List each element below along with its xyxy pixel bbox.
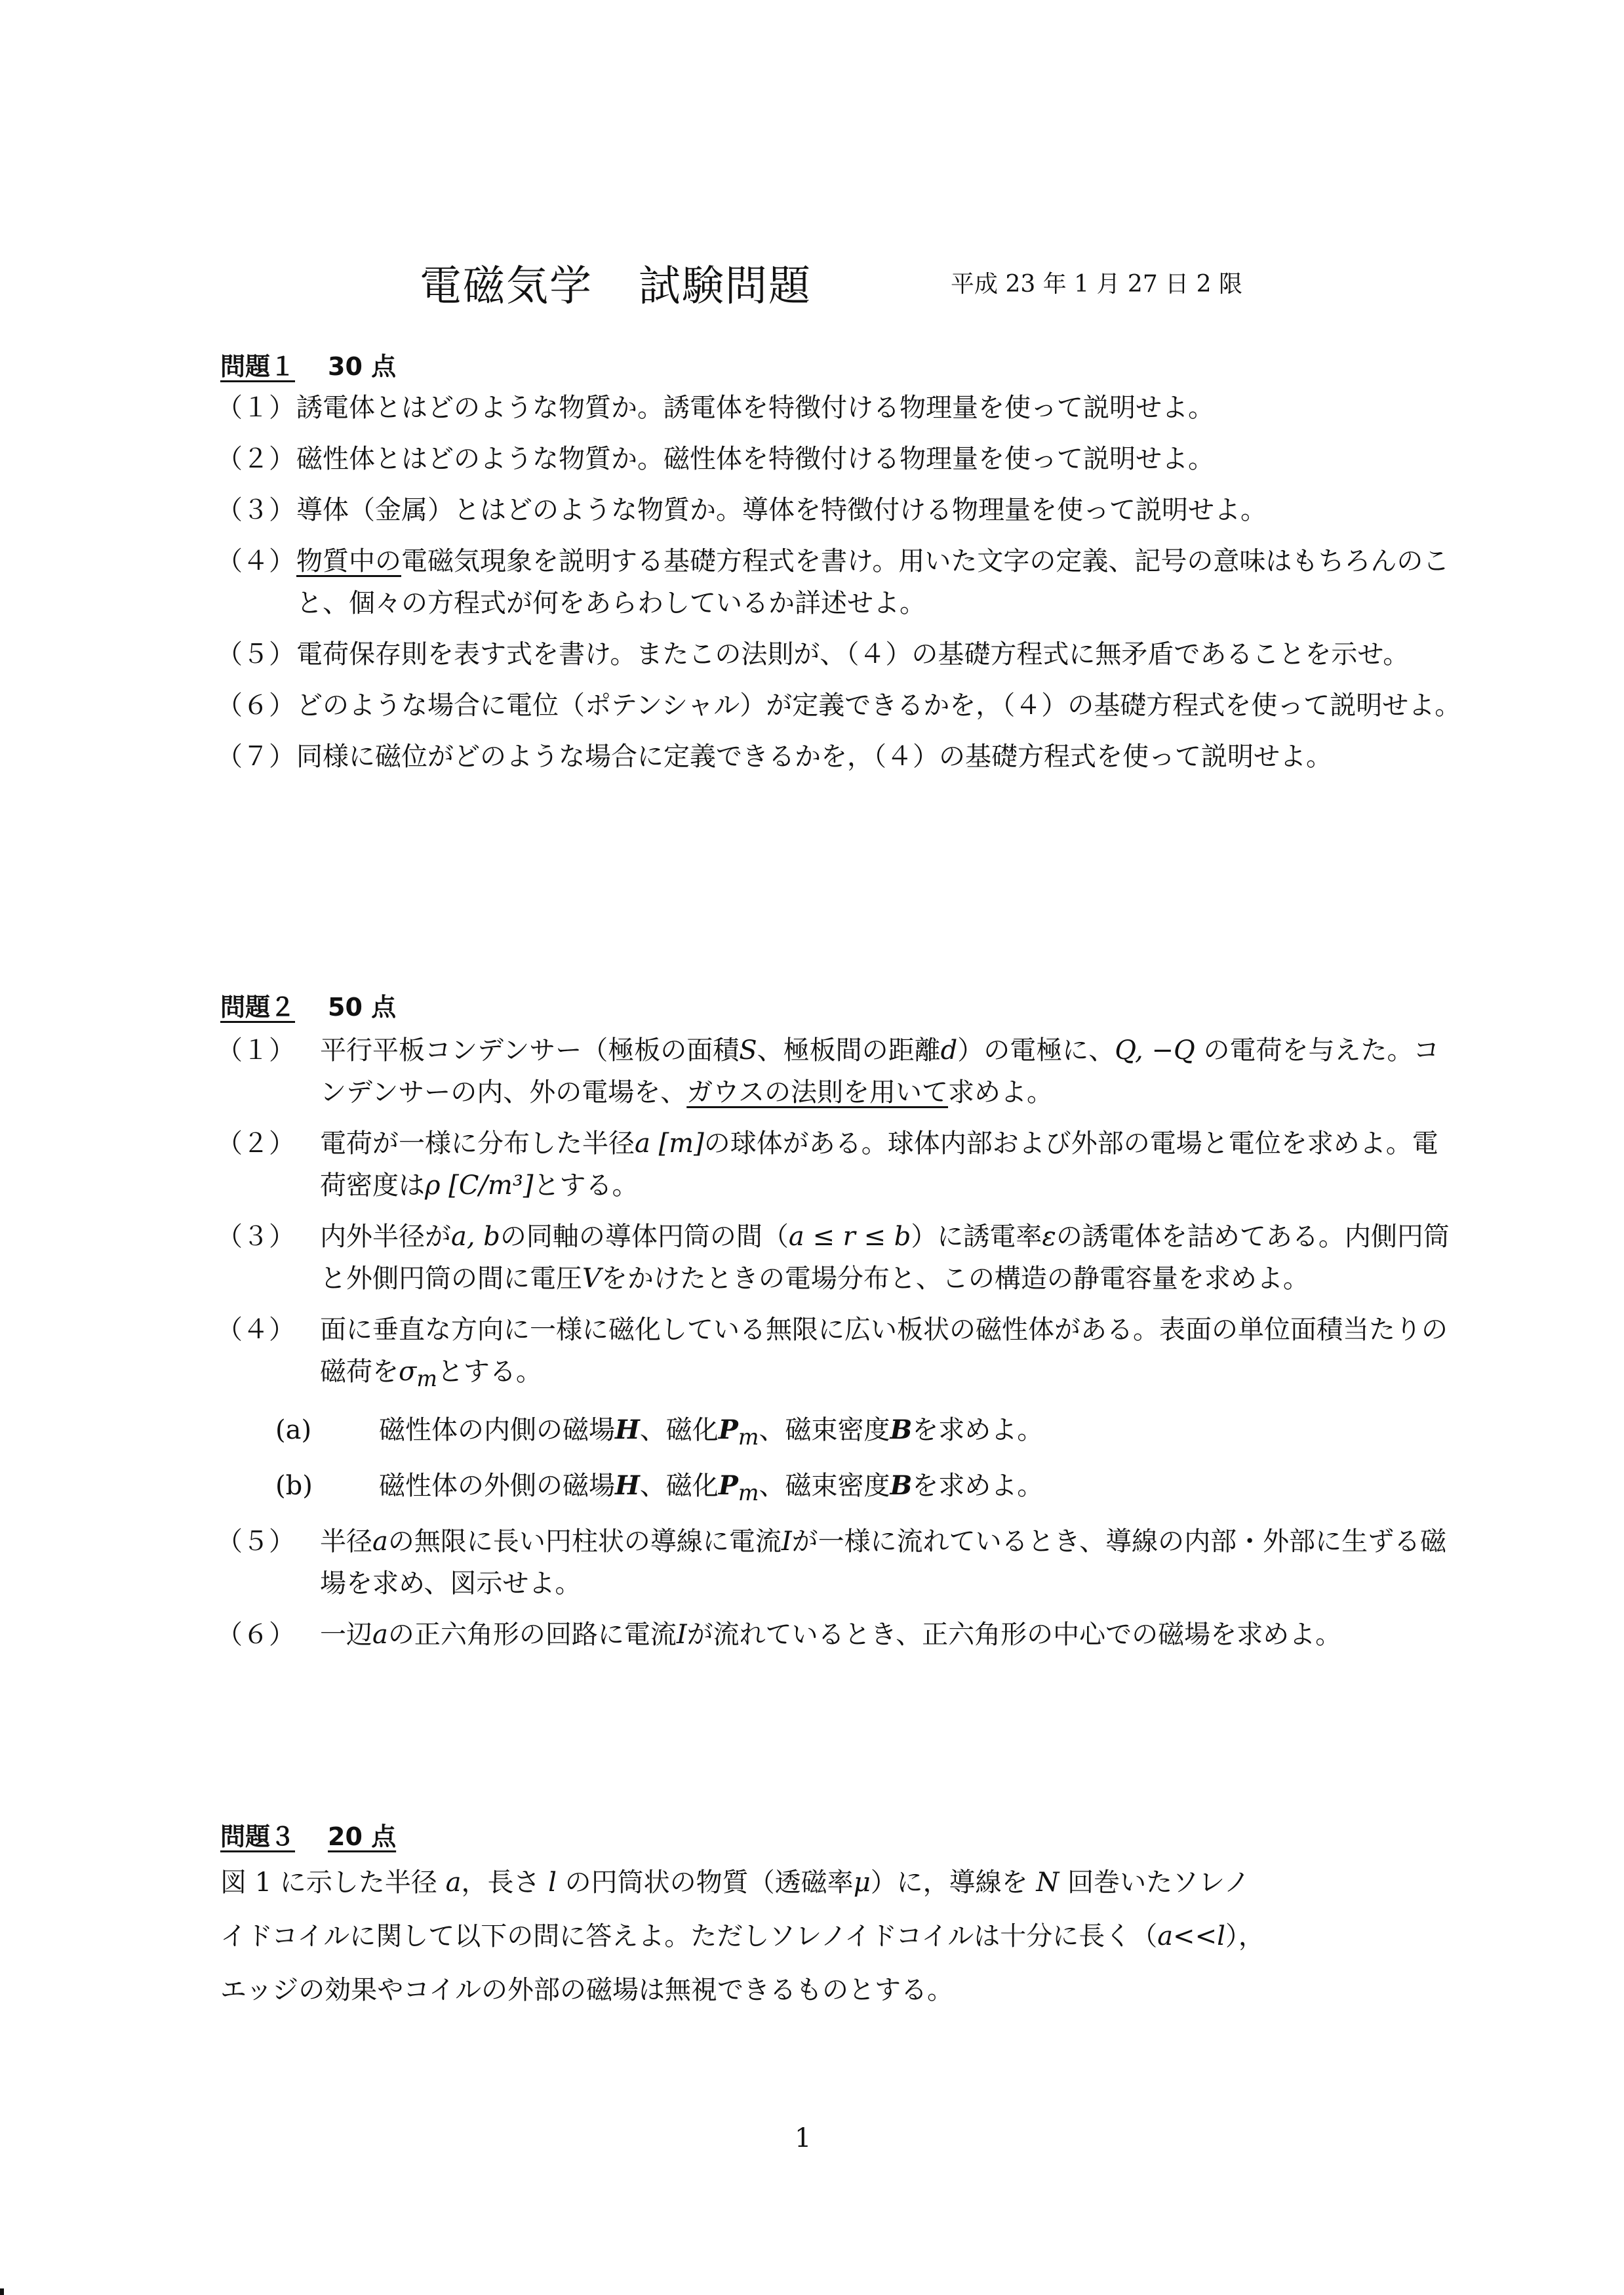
text-part: 、磁束密度 <box>759 1415 890 1445</box>
problem3-line-1: 図 1 に示した半径 a，長さ l の円筒状の物質（透磁率μ）に，導線を N 回… <box>220 1856 1466 1909</box>
problem2-number: 問題２ <box>220 993 295 1022</box>
item-text: 電荷が一様に分布した半径a [m]の球体がある。球体内部および外部の電場と電位を… <box>320 1123 1462 1207</box>
item-label: （６） <box>216 1614 320 1656</box>
problem1-item-7: （７） 同様に磁位がどのような場合に定義できるかを，（４）の基礎方程式を使って説… <box>216 736 1462 778</box>
problem1-item-1: （１） 誘電体とはどのような物質か。誘電体を特徴付ける物理量を使って説明せよ。 <box>216 387 1462 429</box>
exam-date: 平成 23 年 1 月 27 日 2 限 <box>951 266 1242 299</box>
text-part: ，長さ <box>461 1867 548 1898</box>
vector-P: P <box>719 1470 738 1501</box>
item-label: （５） <box>216 633 296 675</box>
text-part: とする。 <box>534 1170 639 1201</box>
item-text-rest: 電磁気現象を説明する基礎方程式を書け。用いた文字の定義、記号の意味はもちろんのこ… <box>296 546 1449 618</box>
item-label: （６） <box>216 685 296 727</box>
text-part: 半径 <box>320 1527 372 1557</box>
text-part: とする。 <box>437 1357 542 1387</box>
text-part: 電荷が一様に分布した半径 <box>320 1128 635 1159</box>
problem2-item-3: （３） 内外半径がa, bの同軸の導体円筒の間（a ≤ r ≤ b）に誘電率εの… <box>216 1216 1462 1300</box>
problem3-body: 図 1 に示した半径 a，長さ l の円筒状の物質（透磁率μ）に，導線を N 回… <box>220 1856 1466 2017</box>
problem1-item-2: （２） 磁性体とはどのような物質か。磁性体を特徴付ける物理量を使って説明せよ。 <box>216 438 1462 480</box>
text-part: の無限に長い円柱状の導線に電流 <box>388 1527 782 1557</box>
vector-P: P <box>719 1414 738 1445</box>
problem1-item-3: （３） 導体（金属）とはどのような物質か。導体を特徴付ける物理量を使って説明せよ… <box>216 489 1462 531</box>
exam-title: 試験問題 <box>639 262 812 311</box>
math-rho: ρ [C/m³] <box>425 1170 534 1201</box>
item-label: （２） <box>216 438 296 480</box>
item-text: 内外半径がa, bの同軸の導体円筒の間（a ≤ r ≤ b）に誘電率εの誘電体を… <box>320 1216 1462 1300</box>
math-sigma: σ <box>399 1357 416 1387</box>
math-subscript-m: m <box>738 1480 759 1506</box>
item-text: 半径aの無限に長い円柱状の導線に電流Iが一様に流れているとき、導線の内部・外部に… <box>320 1521 1462 1605</box>
problem1-item-6: （６） どのような場合に電位（ポテンシャル）が定義できるかを，（４）の基礎方程式… <box>216 685 1462 727</box>
item-text: 同様に磁位がどのような場合に定義できるかを，（４）の基礎方程式を使って説明せよ。 <box>296 736 1462 778</box>
math-I: I <box>782 1527 792 1557</box>
text-part: をかけたときの電場分布と、この構造の静電容量を求めよ。 <box>601 1264 1309 1294</box>
text-part: を求めよ。 <box>912 1415 1043 1445</box>
math-ab: a, b <box>451 1222 500 1252</box>
text-part: の円筒状の物質（透磁率 <box>557 1867 854 1898</box>
text-part: 、磁化 <box>640 1471 719 1501</box>
math-d: d <box>941 1035 958 1066</box>
exam-page: 電磁気学試験問題 平成 23 年 1 月 27 日 2 限 問題１30 点 （１… <box>0 0 1624 2295</box>
scan-mark <box>0 2288 4 2295</box>
item-label: （３） <box>216 1216 320 1300</box>
problem2-item-6: （６） 一辺aの正六角形の回路に電流Iが流れているとき、正六角形の中心での磁場を… <box>216 1614 1462 1656</box>
problem1-number: 問題１ <box>220 352 295 381</box>
page-number: 1 <box>795 2123 811 2153</box>
item-label: （３） <box>216 489 296 531</box>
item-text: 誘電体とはどのような物質か。誘電体を特徴付ける物理量を使って説明せよ。 <box>296 387 1462 429</box>
text-part: の同軸の導体円筒の間（ <box>500 1222 789 1252</box>
text-part: が流れているとき、正六角形の中心での磁場を求めよ。 <box>687 1620 1341 1650</box>
item-text: 電荷保存則を表す式を書け。またこの法則が、（４）の基礎方程式に無矛盾であることを… <box>296 633 1462 675</box>
text-part: 平行平板コンデンサー（極板の面積 <box>320 1035 739 1066</box>
math-epsilon: ε <box>1042 1222 1056 1252</box>
problem2-points: 50 点 <box>328 993 396 1022</box>
text-part: 、磁化 <box>640 1415 719 1445</box>
problem3-number: 問題３ <box>220 1822 295 1851</box>
item-text: どのような場合に電位（ポテンシャル）が定義できるかを，（４）の基礎方程式を使って… <box>296 685 1462 727</box>
item-text: 一辺aの正六角形の回路に電流Iが流れているとき、正六角形の中心での磁場を求めよ。 <box>320 1614 1462 1656</box>
subitem-label: (b) <box>275 1465 379 1514</box>
item-text: 平行平板コンデンサー（極板の面積S、極板間の距離d）の電極に、Q, −Q の電荷… <box>320 1029 1462 1113</box>
problem2-heading: 問題２50 点 <box>220 987 396 1023</box>
math-a: a [m] <box>635 1128 704 1159</box>
text-part: 磁性体の外側の磁場 <box>379 1471 615 1501</box>
problem1-item-5: （５） 電荷保存則を表す式を書け。またこの法則が、（４）の基礎方程式に無矛盾であ… <box>216 633 1462 675</box>
problem2-subitem-b: (b) 磁性体の外側の磁場H、磁化Pm、磁束密度Bを求めよ。 <box>275 1465 1462 1514</box>
math-condition: a<<l <box>1157 1921 1225 1951</box>
problem2-items: （１） 平行平板コンデンサー（極板の面積S、極板間の距離d）の電極に、Q, −Q… <box>216 1029 1462 1665</box>
item-label: （２） <box>216 1123 320 1207</box>
text-part: 一辺 <box>320 1620 372 1650</box>
text-part: の正六角形の回路に電流 <box>388 1620 677 1650</box>
problem2-item-5: （５） 半径aの無限に長い円柱状の導線に電流Iが一様に流れているとき、導線の内部… <box>216 1521 1462 1605</box>
problem1-item-4: （４） 物質中の電磁気現象を説明する基礎方程式を書け。用いた文字の定義、記号の意… <box>216 540 1462 624</box>
subitem-label: (a) <box>275 1409 379 1458</box>
item-text: 物質中の電磁気現象を説明する基礎方程式を書け。用いた文字の定義、記号の意味はもち… <box>296 540 1462 624</box>
vector-B: B <box>890 1470 912 1501</box>
text-part: ）に，導線を <box>871 1867 1037 1898</box>
problem2-item-2: （２） 電荷が一様に分布した半径a [m]の球体がある。球体内部および外部の電場… <box>216 1123 1462 1207</box>
problem2-item-4: （４） 面に垂直な方向に一様に磁化している無限に広い板状の磁性体がある。表面の単… <box>216 1309 1462 1400</box>
text-part: ）， <box>1225 1921 1265 1951</box>
item-label: （５） <box>216 1521 320 1605</box>
math-subscript-m: m <box>738 1424 759 1450</box>
document-title: 電磁気学試験問題 <box>420 252 812 313</box>
text-part: 回巻いたソレノ <box>1059 1867 1250 1898</box>
text-part: 、磁束密度 <box>759 1471 890 1501</box>
item-label: （４） <box>216 1309 320 1400</box>
text-part: ）の電極に、 <box>957 1035 1115 1066</box>
problem3-line-2: イドコイルに関して以下の問に答えよ。ただしソレノイドコイルは十分に長く（a<<l… <box>220 1909 1466 1963</box>
underlined-phrase: 物質中の <box>296 546 401 576</box>
item-label: （４） <box>216 540 296 624</box>
problem1-items: （１） 誘電体とはどのような物質か。誘電体を特徴付ける物理量を使って説明せよ。 … <box>216 387 1462 787</box>
math-subscript-m: m <box>416 1366 437 1391</box>
problem3-heading: 問題３20 点 <box>220 1816 396 1852</box>
item-label: （７） <box>216 736 296 778</box>
problem1-heading: 問題１30 点 <box>220 346 396 382</box>
math-range: a ≤ r ≤ b <box>789 1222 911 1252</box>
subitem-text: 磁性体の内側の磁場H、磁化Pm、磁束密度Bを求めよ。 <box>379 1409 1043 1458</box>
underlined-phrase: ガウスの法則を用いて <box>686 1077 948 1108</box>
text-part: 求めよ。 <box>948 1077 1053 1108</box>
text-part: 内外半径が <box>320 1222 451 1252</box>
subitem-text: 磁性体の外側の磁場H、磁化Pm、磁束密度Bを求めよ。 <box>379 1465 1043 1514</box>
vector-H: H <box>615 1414 640 1445</box>
vector-B: B <box>890 1414 912 1445</box>
item-label: （１） <box>216 1029 320 1113</box>
math-S: S <box>739 1035 757 1066</box>
math-mu: μ <box>854 1867 871 1898</box>
item-text: 磁性体とはどのような物質か。磁性体を特徴付ける物理量を使って説明せよ。 <box>296 438 1462 480</box>
math-N: N <box>1036 1867 1059 1898</box>
text-part: ）に誘電率 <box>911 1222 1042 1252</box>
item-text: 面に垂直な方向に一様に磁化している無限に広い板状の磁性体がある。表面の単位面積当… <box>320 1309 1462 1400</box>
item-label: （１） <box>216 387 296 429</box>
problem3-points: 20 点 <box>328 1822 396 1851</box>
text-part: 図 1 に示した半径 <box>220 1867 446 1898</box>
math-a: a <box>446 1867 462 1898</box>
math-a: a <box>372 1620 388 1650</box>
text-part: を求めよ。 <box>912 1471 1043 1501</box>
text-part: 磁性体の内側の磁場 <box>379 1415 615 1445</box>
problem2-subitem-a: (a) 磁性体の内側の磁場H、磁化Pm、磁束密度Bを求めよ。 <box>275 1409 1462 1458</box>
math-I: I <box>677 1620 687 1650</box>
item-text: 導体（金属）とはどのような物質か。導体を特徴付ける物理量を使って説明せよ。 <box>296 489 1462 531</box>
subject-title: 電磁気学 <box>420 262 593 311</box>
math-Q: Q, −Q <box>1115 1035 1195 1066</box>
vector-H: H <box>615 1470 640 1501</box>
math-V: V <box>582 1264 601 1294</box>
problem3-line-3: エッジの効果やコイルの外部の磁場は無視できるものとする。 <box>220 1963 1466 2017</box>
math-l: l <box>548 1867 557 1898</box>
math-a: a <box>372 1527 388 1557</box>
text-part: エッジの効果やコイルの外部の磁場は無視できるものとする。 <box>220 1975 953 2005</box>
text-part: イドコイルに関して以下の問に答えよ。ただしソレノイドコイルは十分に長く（ <box>220 1921 1157 1951</box>
text-part: 、極板間の距離 <box>757 1035 941 1066</box>
problem2-item-1: （１） 平行平板コンデンサー（極板の面積S、極板間の距離d）の電極に、Q, −Q… <box>216 1029 1462 1113</box>
problem1-points: 30 点 <box>328 352 396 381</box>
